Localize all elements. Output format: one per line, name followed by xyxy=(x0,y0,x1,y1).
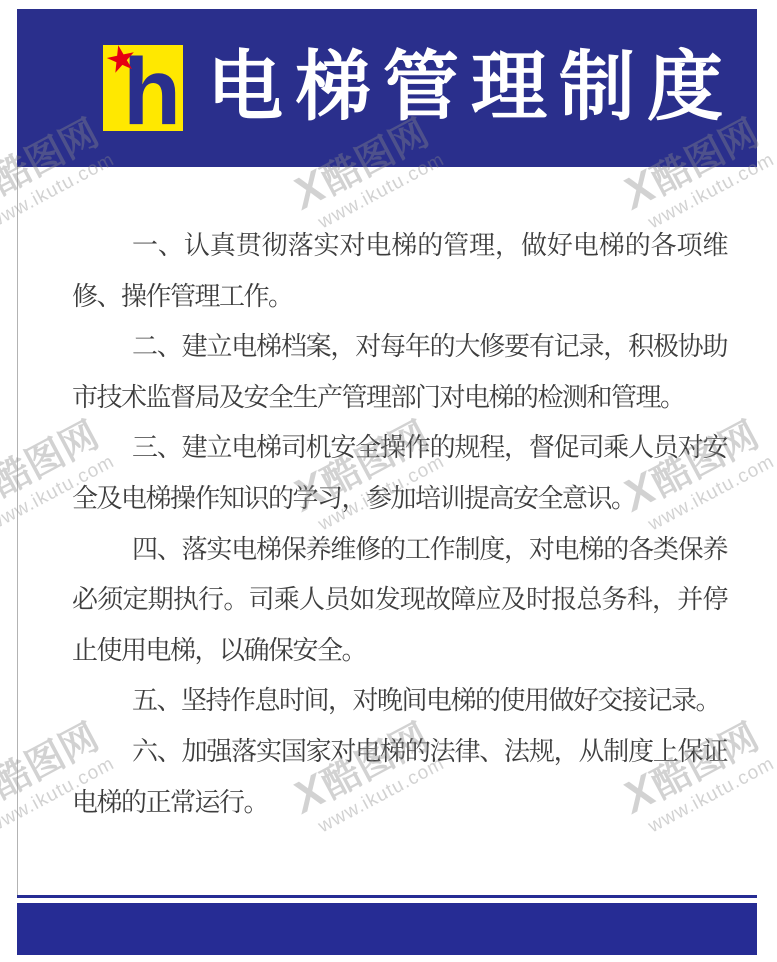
regulation-item: 一、认真贯彻落实对电梯的管理，做好电梯的各项维修、操作管理工作。 xyxy=(72,220,727,321)
footer-bar xyxy=(17,903,757,955)
left-border-line xyxy=(17,167,18,895)
watermark-logo-icon: X xyxy=(0,765,4,822)
poster-page: ★ h 电梯管理制度 一、认真贯彻落实对电梯的管理，做好电梯的各项维修、操作管理… xyxy=(0,0,777,962)
brand-logo: ★ h xyxy=(103,45,183,131)
footer-divider-line xyxy=(17,895,757,898)
regulation-item: 五、坚持作息时间，对晚间电梯的使用做好交接记录。 xyxy=(72,675,727,726)
watermark-logo-icon: X xyxy=(615,161,664,218)
regulation-item: 四、落实电梯保养维修的工作制度，对电梯的各类保养必须定期执行。司乘人员如发现故障… xyxy=(72,524,727,676)
header-banner: ★ h 电梯管理制度 xyxy=(17,9,757,167)
regulations-list: 一、认真贯彻落实对电梯的管理，做好电梯的各项维修、操作管理工作。二、建立电梯档案… xyxy=(72,220,727,827)
page-title: 电梯管理制度 xyxy=(207,50,735,126)
watermark-logo-icon: X xyxy=(285,161,334,218)
regulation-item: 二、建立电梯档案，对每年的大修要有记录，积极协助市技术监督局及安全生产管理部门对… xyxy=(72,321,727,422)
watermark-logo-icon: X xyxy=(0,463,4,520)
regulation-item: 六、加强落实国家对电梯的法律、法规，从制度上保证电梯的正常运行。 xyxy=(72,726,727,827)
regulation-item: 三、建立电梯司机安全操作的规程，督促司乘人员对安全及电梯操作知识的学习，参加培训… xyxy=(72,422,727,523)
watermark-logo-icon: X xyxy=(0,161,4,218)
